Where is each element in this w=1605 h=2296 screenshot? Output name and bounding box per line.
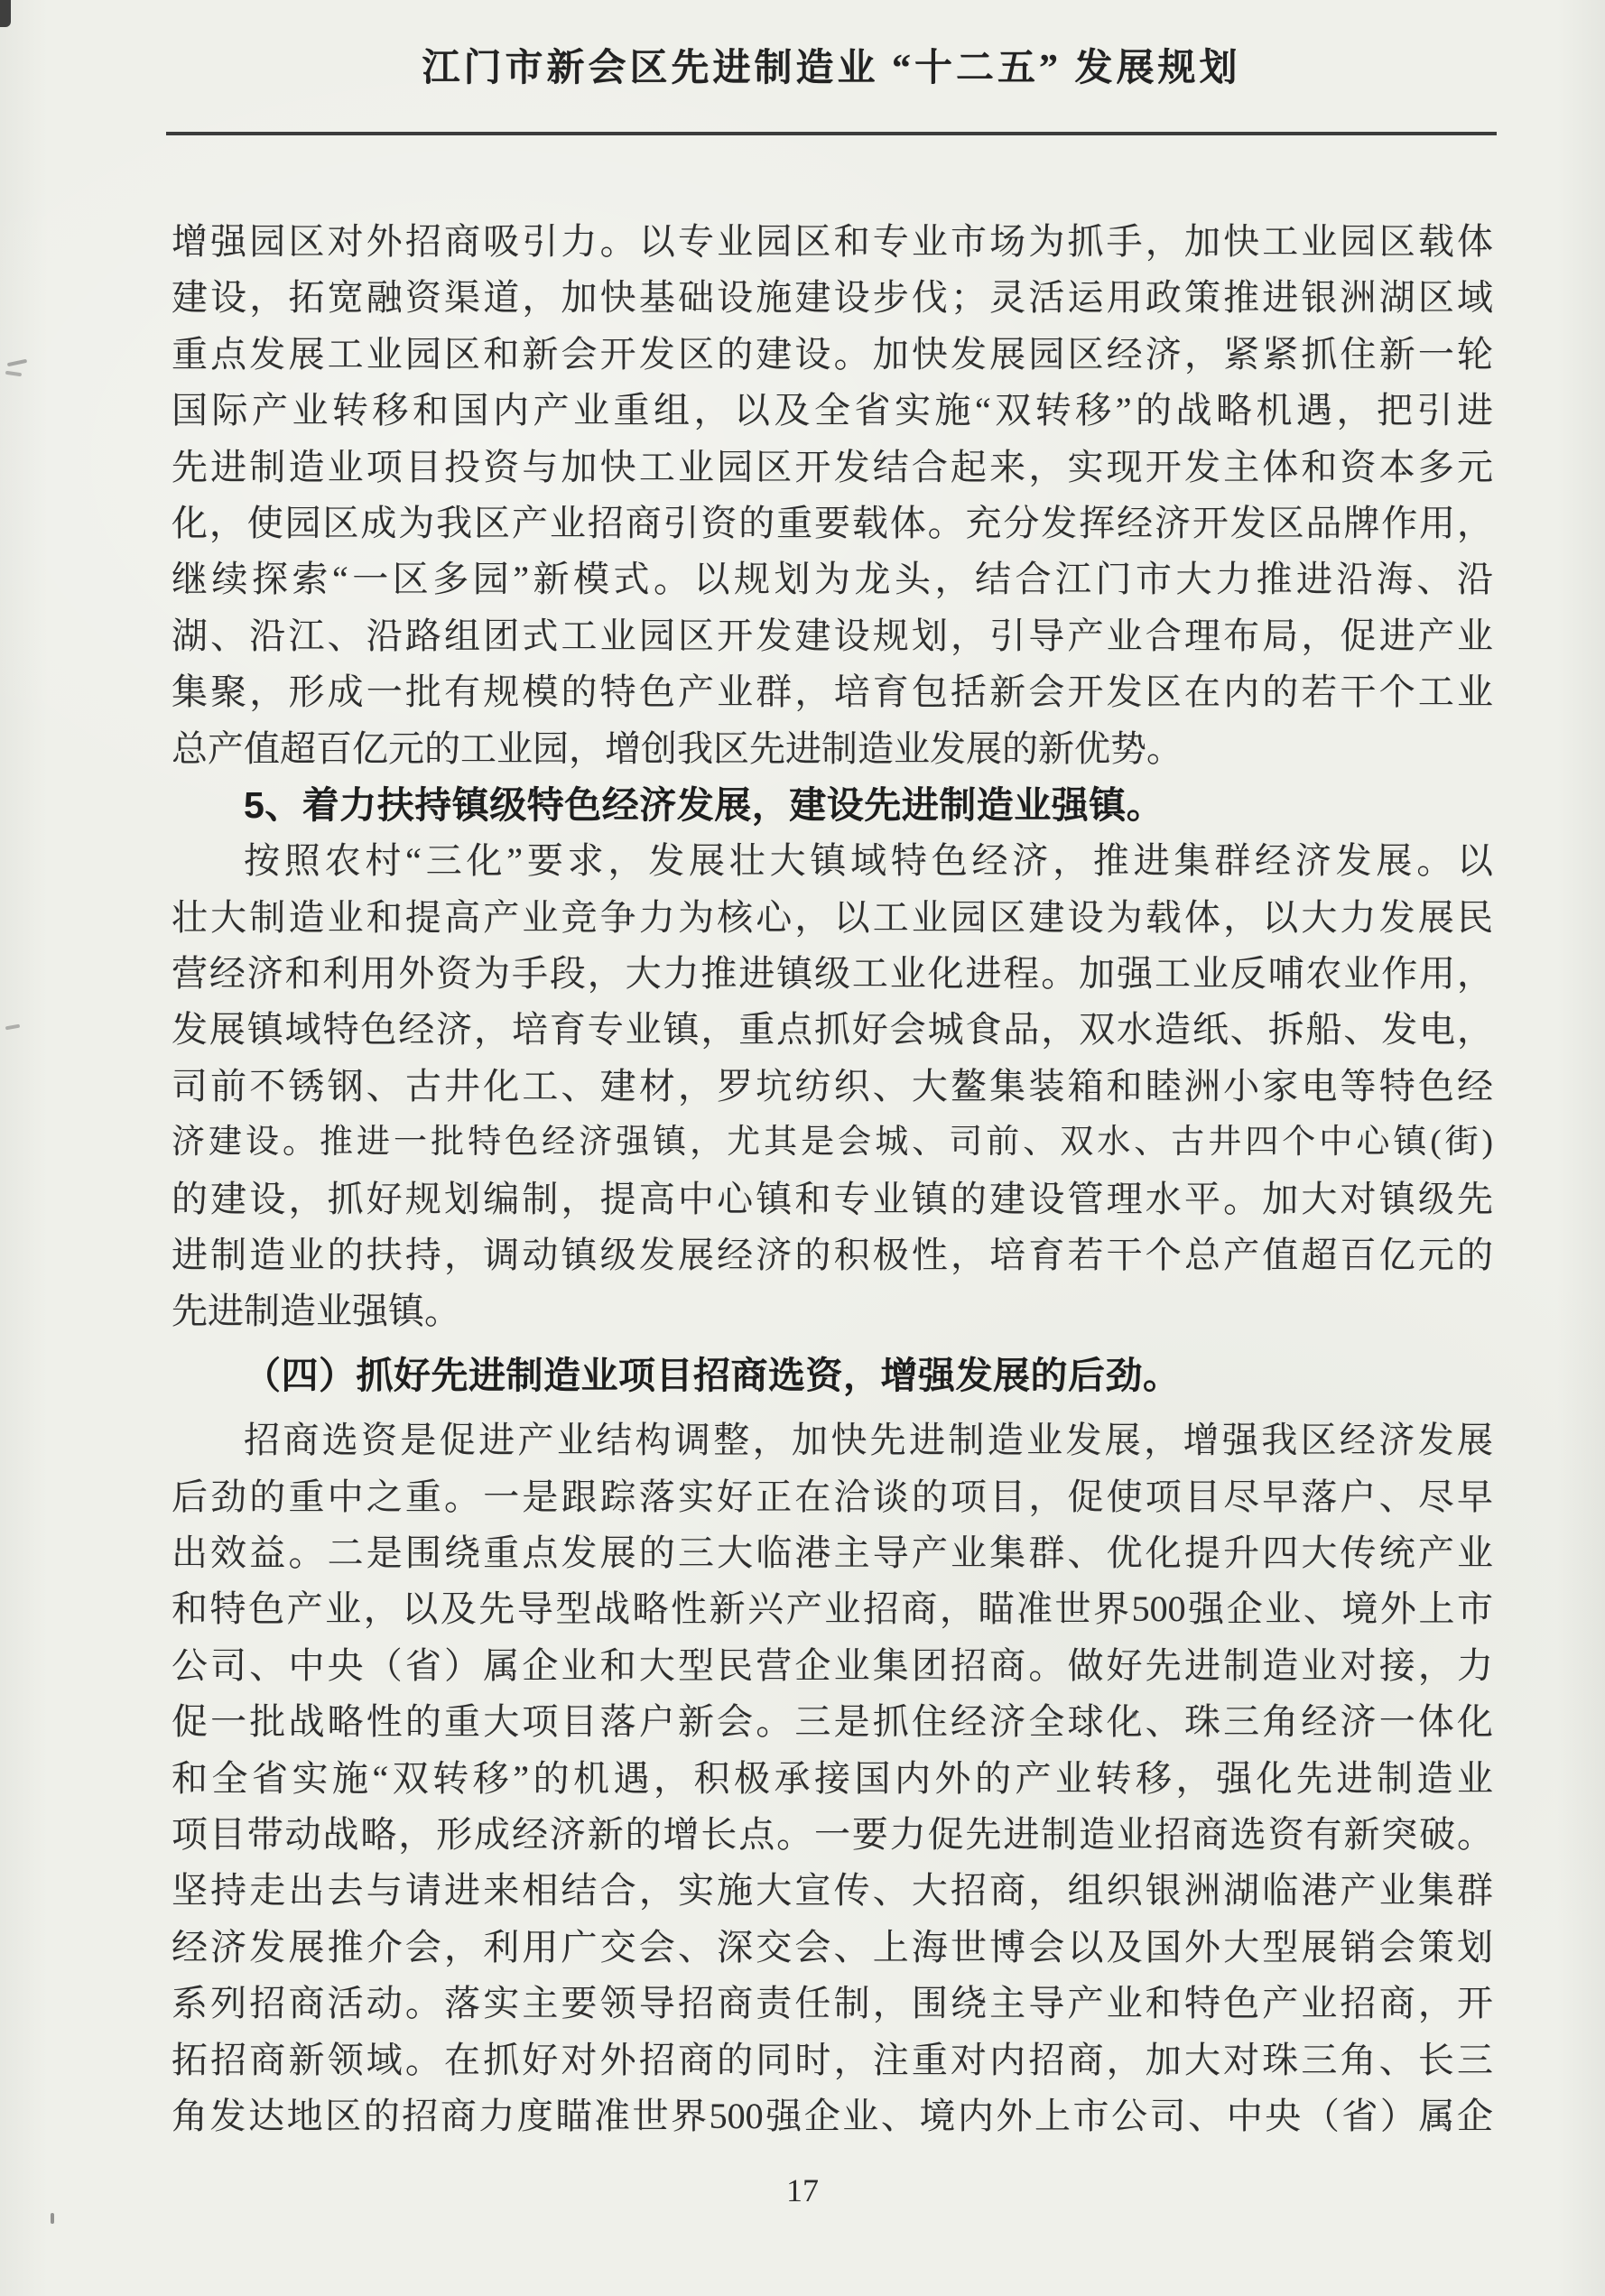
body-line: 司前不锈钢、古井化工、建材，罗坑纺织、大鳌集装箱和睦洲小家电等特色经 [172, 1059, 1493, 1115]
body-line: 增强园区对外招商吸引力。以专业园区和专业市场为抓手，加快工业园区载体 [172, 214, 1493, 270]
body-line: 公司、中央（省）属企业和大型民营企业集团招商。做好先进制造业对接，力 [172, 1638, 1493, 1694]
body-line: 系列招商活动。落实主要领导招商责任制，围绕主导产业和特色产业招商，开 [172, 1976, 1493, 2032]
body-line: 招商选资是促进产业结构调整，加快先进制造业发展，增强我区经济发展 [172, 1412, 1493, 1468]
document-body: 增强园区对外招商吸引力。以专业园区和专业市场为抓手，加快工业园区载体 建设，拓宽… [172, 214, 1493, 2144]
scan-artifact [51, 2213, 54, 2224]
body-line: 拓招商新领域。在抓好对外招商的同时，注重对内招商，加大对珠三角、长三 [172, 2032, 1493, 2088]
body-line: 经济发展推介会，利用广交会、深交会、上海世博会以及国外大型展销会策划 [172, 1920, 1493, 1976]
body-line: 济建设。推进一批特色经济强镇，尤其是会城、司前、双水、古井四个中心镇(街) [172, 1115, 1493, 1171]
body-line: 营经济和利用外资为手段，大力推进镇级工业化进程。加强工业反哺农业作用， [172, 946, 1493, 1002]
body-line: 促一批战略性的重大项目落户新会。三是抓住经济全球化、珠三角经济一体化 [172, 1694, 1493, 1750]
body-line: 集聚，形成一批有规模的特色产业群，培育包括新会开发区在内的若干个工业 [172, 664, 1493, 720]
body-line: 发展镇域特色经济，培育专业镇，重点抓好会城食品，双水造纸、拆船、发电， [172, 1002, 1493, 1058]
document-page: 江门市新会区先进制造业 “十二五” 发展规划 增强园区对外招商吸引力。以专业园区… [0, 0, 1605, 2296]
scan-artifact [5, 1024, 20, 1031]
section-heading-5: 5、着力扶持镇级特色经济发展，建设先进制造业强镇。 [172, 777, 1493, 833]
body-line: 和全省实施“双转移”的机遇，积极承接国内外的产业转移，强化先进制造业 [172, 1751, 1493, 1807]
body-line: 国际产业转移和国内产业重组，以及全省实施“双转移”的战略机遇，把引进 [172, 383, 1493, 439]
body-line: 重点发展工业园区和新会开发区的建设。加快发展园区经济，紧紧抓住新一轮 [172, 327, 1493, 383]
section-heading-4: （四）抓好先进制造业项目招商选资，增强发展的后劲。 [172, 1347, 1493, 1403]
body-line: 湖、沿江、沿路组团式工业园区开发建设规划，引导产业合理布局，促进产业 [172, 608, 1493, 664]
scan-artifact [1132, 1711, 1136, 1718]
scan-artifact [0, 0, 11, 27]
body-line: 后劲的重中之重。一是跟踪落实好正在洽谈的项目，促使项目尽早落户、尽早 [172, 1469, 1493, 1525]
body-line: 出效益。二是围绕重点发展的三大临港主导产业集群、优化提升四大传统产业 [172, 1525, 1493, 1581]
header-rule [166, 132, 1497, 135]
body-line: 项目带动战略，形成经济新的增长点。一要力促先进制造业招商选资有新突破。 [172, 1807, 1493, 1863]
body-line: 的建设，抓好规划编制，提高中心镇和专业镇的建设管理水平。加大对镇级先 [172, 1171, 1493, 1227]
page-number: 17 [0, 2171, 1605, 2209]
body-line: 按照农村“三化”要求，发展壮大镇域特色经济，推进集群经济发展。以 [172, 833, 1493, 889]
body-line: 角发达地区的招商力度瞄准世界500强企业、境内外上市公司、中央（省）属企 [172, 2088, 1493, 2144]
body-line: 壮大制造业和提高产业竞争力为核心，以工业园区建设为载体，以大力发展民 [172, 890, 1493, 946]
body-line: 建设，拓宽融资渠道，加快基础设施建设步伐；灵活运用政策推进银洲湖区域 [172, 270, 1493, 326]
body-line: 继续探索“一区多园”新模式。以规划为龙头，结合江门市大力推进沿海、沿 [172, 551, 1493, 607]
body-line: 和特色产业，以及先导型战略性新兴产业招商，瞄准世界500强企业、境外上市 [172, 1581, 1493, 1637]
body-line: 坚持走出去与请进来相结合，实施大宣传、大招商，组织银洲湖临港产业集群 [172, 1863, 1493, 1919]
body-line: 先进制造业项目投资与加快工业园区开发结合起来，实现开发主体和资本多元 [172, 440, 1493, 495]
body-line: 进制造业的扶持，调动镇级发展经济的积极性，培育若干个总产值超百亿元的 [172, 1227, 1493, 1283]
body-line: 总产值超百亿元的工业园，增创我区先进制造业发展的新优势。 [172, 721, 1493, 777]
page-title: 江门市新会区先进制造业 “十二五” 发展规划 [168, 47, 1495, 90]
body-line: 化，使园区成为我区产业招商引资的重要载体。充分发挥经济开发区品牌作用， [172, 495, 1493, 551]
body-line: 先进制造业强镇。 [172, 1283, 1493, 1339]
scan-artifact [5, 371, 22, 376]
scan-artifact [7, 359, 27, 366]
